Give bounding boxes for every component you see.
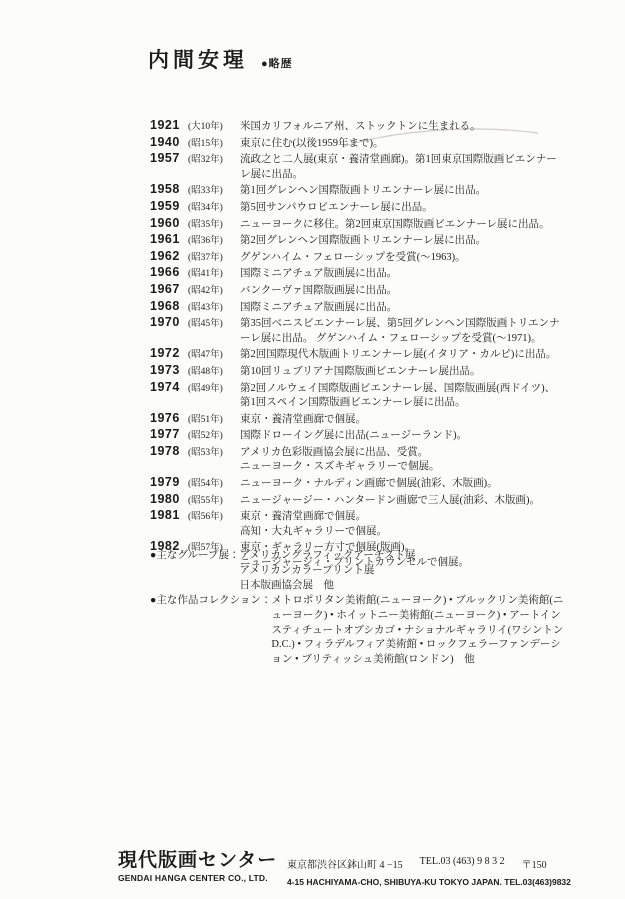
entry-era: (昭42年) <box>188 284 240 299</box>
entry-era: (昭43年) <box>188 301 240 316</box>
page-header: 内間安瑆 ●略歴 <box>148 44 293 74</box>
entry-year: 1967 <box>150 282 188 297</box>
entry-description: 第2回ノルウェイ国際版画ビエンナーレ展、国際版画展(西ドイツ)、第1回スペイン国… <box>240 382 562 411</box>
entry-description: 第1回グレンヘン国際版画トリエンナーレ展に出品。 <box>240 184 562 199</box>
chronology-list: 1921 (大10年) 米国カリフォルニア州、ストックトンに生まれる。 1940… <box>150 118 562 571</box>
chronology-entry: 1921 (大10年) 米国カリフォルニア州、ストックトンに生まれる。 <box>150 118 562 135</box>
chronology-entry: 1960 (昭35年) ニューヨークに移住。第2回東京国際版画ビエンナーレ展に出… <box>150 216 562 233</box>
entry-year: 1961 <box>150 232 188 247</box>
address-english: 4-15 HACHIYAMA-CHO, SHIBUYA-KU TOKYO JAP… <box>287 877 593 887</box>
chronology-entry: 1980 (昭55年) ニュージャージー・ハンタードン画廊で三人展(油彩、木版画… <box>150 492 562 509</box>
chronology-entry: 1967 (昭42年) バンクーヴァ国際版画展に出品。 <box>150 282 562 299</box>
chronology-entry: 1968 (昭43年) 国際ミニアチュア版画展に出品。 <box>150 299 562 316</box>
publisher-footer: 現代版画センター GENDAI HANGA CENTER CO., LTD. 東… <box>118 851 593 883</box>
entry-year: 1976 <box>150 411 188 426</box>
entry-era: (昭41年) <box>188 267 240 282</box>
chronology-entry: 1978 (昭53年) アメリカ色彩版画協会展に出品、受賞。 ニューヨーク・スズ… <box>150 444 562 475</box>
exhibitions-and-collections: ●主なグループ展： アメリカングラフィックアーチスト展 アメリカンカラープリント… <box>150 549 570 668</box>
entry-era: (昭56年) <box>188 510 240 525</box>
group-exhibitions: ●主なグループ展： アメリカングラフィックアーチスト展 アメリカンカラープリント… <box>150 549 570 594</box>
chronology-entry: 1957 (昭32年) 流政之と二人展(東京・養清堂画廊)。第1回東京国際版画ビ… <box>150 151 562 182</box>
entry-description: アメリカ色彩版画協会展に出品、受賞。 ニューヨーク・スズキギャラリーで個展。 <box>240 446 562 475</box>
entry-description: 国際ミニアチュア版画展に出品。 <box>240 267 562 282</box>
chronology-entry: 1973 (昭48年) 第10回リュブリアナ国際版画ビエンナーレ展出品。 <box>150 363 562 380</box>
entry-year: 1972 <box>150 346 188 361</box>
entry-year: 1973 <box>150 363 188 378</box>
entry-description: 米国カリフォルニア州、ストックトンに生まれる。 <box>240 120 562 135</box>
chronology-entry: 1962 (昭37年) グゲンハイム・フェローシップを受賞(〜1963)。 <box>150 249 562 266</box>
entry-era: (昭15年) <box>188 137 240 152</box>
collections-list: メトロポリタン美術館(ニューヨーク) • ブルックリン美術館(ニューヨーク) •… <box>271 594 570 669</box>
entry-era: (昭48年) <box>188 365 240 380</box>
entry-description: 第35回ベニスビエンナーレ展、第5回グレンヘン国際版画トリエンナーレ展に出品。 … <box>240 317 562 346</box>
biography-label: ●略歴 <box>261 55 293 71</box>
entry-era: (昭49年) <box>188 382 240 397</box>
entry-era: (昭52年) <box>188 429 240 444</box>
entry-description: 第5回サンパウロビエンナーレ展に出品。 <box>240 201 562 216</box>
entry-description: ニューヨークに移住。第2回東京国際版画ビエンナーレ展に出品。 <box>240 218 562 233</box>
chronology-entry: 1979 (昭54年) ニューヨーク・ナルディン画廊で個展(油彩、木版画)。 <box>150 475 562 492</box>
entry-year: 1921 <box>150 118 188 133</box>
chronology-entry: 1958 (昭33年) 第1回グレンヘン国際版画トリエンナーレ展に出品。 <box>150 182 562 199</box>
address-japanese: 東京都渋谷区鉢山町 4 −15 <box>287 856 403 871</box>
entry-era: (昭53年) <box>188 446 240 461</box>
entry-era: (大10年) <box>188 120 240 135</box>
entry-description: 第10回リュブリアナ国際版画ビエンナーレ展出品。 <box>240 365 562 380</box>
chronology-entry: 1966 (昭41年) 国際ミニアチュア版画展に出品。 <box>150 265 562 282</box>
entry-description: 東京・養清堂画廊で個展。 高知・大丸ギャラリーで個展。 <box>240 510 562 539</box>
entry-year: 1962 <box>150 249 188 264</box>
entry-era: (昭37年) <box>188 251 240 266</box>
chronology-entry: 1970 (昭45年) 第35回ベニスビエンナーレ展、第5回グレンヘン国際版画ト… <box>150 315 562 346</box>
document-page: 内間安瑆 ●略歴 1921 (大10年) 米国カリフォルニア州、ストックトンに生… <box>0 0 625 899</box>
entry-era: (昭33年) <box>188 184 240 199</box>
entry-description: 東京に住む(以後1959年まで)。 <box>240 137 562 152</box>
entry-year: 1978 <box>150 444 188 459</box>
address-japanese-line: 東京都渋谷区鉢山町 4 −15 TEL.03 (463) 9 8 3 2 〒15… <box>287 856 593 871</box>
entry-era: (昭54年) <box>188 477 240 492</box>
chronology-entry: 1959 (昭34年) 第5回サンパウロビエンナーレ展に出品。 <box>150 199 562 216</box>
chronology-entry: 1976 (昭51年) 東京・養清堂画廊で個展。 <box>150 411 562 428</box>
entry-year: 1981 <box>150 508 188 523</box>
chronology-entry: 1981 (昭56年) 東京・養清堂画廊で個展。 高知・大丸ギャラリーで個展。 <box>150 508 562 539</box>
entry-description: バンクーヴァ国際版画展に出品。 <box>240 284 562 299</box>
group-exhibitions-label: ●主なグループ展： <box>150 549 240 564</box>
entry-era: (昭55年) <box>188 494 240 509</box>
entry-description: ニュージャージー・ハンタードン画廊で三人展(油彩、木版画)。 <box>240 494 562 509</box>
entry-year: 1980 <box>150 492 188 507</box>
entry-year: 1966 <box>150 265 188 280</box>
entry-year: 1960 <box>150 216 188 231</box>
entry-year: 1968 <box>150 299 188 314</box>
entry-year: 1957 <box>150 151 188 166</box>
publisher-contact: 東京都渋谷区鉢山町 4 −15 TEL.03 (463) 9 8 3 2 〒15… <box>287 856 593 887</box>
entry-description: 第2回グレンヘン国際版画トリエンナーレ展に出品。 <box>240 234 562 249</box>
entry-year: 1970 <box>150 315 188 330</box>
chronology-entry: 1974 (昭49年) 第2回ノルウェイ国際版画ビエンナーレ展、国際版画展(西ド… <box>150 380 562 411</box>
artist-name: 内間安瑆 <box>148 44 248 74</box>
entry-era: (昭51年) <box>188 413 240 428</box>
chronology-entry: 1940 (昭15年) 東京に住む(以後1959年まで)。 <box>150 135 562 152</box>
entry-era: (昭36年) <box>188 234 240 249</box>
entry-year: 1977 <box>150 427 188 442</box>
group-exhibitions-items: アメリカングラフィックアーチスト展 アメリカンカラープリント展 日本版画協会展 … <box>240 549 570 594</box>
chronology-entry: 1972 (昭47年) 第2回国際現代木版画トリエンナーレ展(イタリア・カルピ)… <box>150 346 562 363</box>
entry-era: (昭47年) <box>188 348 240 363</box>
entry-description: 国際ミニアチュア版画展に出品。 <box>240 301 562 316</box>
entry-era: (昭45年) <box>188 317 240 332</box>
entry-era: (昭34年) <box>188 201 240 216</box>
chronology-entry: 1977 (昭52年) 国際ドローイング展に出品(ニュージーランド)。 <box>150 427 562 444</box>
entry-description: 第2回国際現代木版画トリエンナーレ展(イタリア・カルピ)に出品。 <box>240 348 562 363</box>
entry-description: 東京・養清堂画廊で個展。 <box>240 413 562 428</box>
telephone-japanese: TEL.03 (463) 9 8 3 2 <box>420 856 505 871</box>
collections: ●主な作品コレクション： メトロポリタン美術館(ニューヨーク) • ブルックリン… <box>150 594 570 669</box>
entry-era: (昭35年) <box>188 218 240 233</box>
entry-description: ニューヨーク・ナルディン画廊で個展(油彩、木版画)。 <box>240 477 562 492</box>
entry-era: (昭32年) <box>188 153 240 168</box>
chronology-entry: 1961 (昭36年) 第2回グレンヘン国際版画トリエンナーレ展に出品。 <box>150 232 562 249</box>
entry-description: 流政之と二人展(東京・養清堂画廊)。第1回東京国際版画ビエンナーレ展に出品。 <box>240 153 562 182</box>
entry-year: 1940 <box>150 135 188 150</box>
entry-year: 1974 <box>150 380 188 395</box>
entry-year: 1958 <box>150 182 188 197</box>
collections-label: ●主な作品コレクション： <box>150 594 271 609</box>
entry-description: グゲンハイム・フェローシップを受賞(〜1963)。 <box>240 251 562 266</box>
postal-code: 〒150 <box>522 856 547 871</box>
entry-year: 1959 <box>150 199 188 214</box>
entry-year: 1979 <box>150 475 188 490</box>
entry-description: 国際ドローイング展に出品(ニュージーランド)。 <box>240 429 562 444</box>
